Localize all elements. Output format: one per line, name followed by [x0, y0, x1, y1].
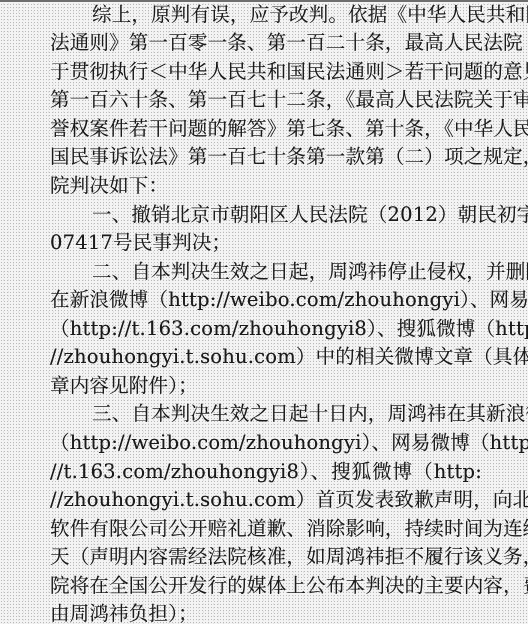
text-line: 在新浪微博（http://weibo.com/zhouhongyi）、网易微博: [50, 286, 482, 314]
text-line: //zhouhongyi.t.sohu.com）首页发表致歉声明，向北京金山: [50, 486, 482, 514]
text-line: 于贯彻执行＜中华人民共和国民法通则＞若干问题的意见》: [50, 58, 482, 86]
text-line: 二、自本判决生效之日起，周鸿祎停止侵权，并删除其: [50, 258, 482, 286]
text-line: 综上，原判有误，应予改判。依据《中华人民共和国民: [50, 1, 482, 29]
text-line: （http://weibo.com/zhouhongyi）、网易微博（http:: [50, 429, 482, 457]
text-line: 三、自本判决生效之日起十日内，周鸿祎在其新浪微博: [50, 400, 482, 428]
text-line: //t.163.com/zhouhongyi8）、搜狐微博（http:: [50, 458, 482, 486]
text-line: 一、撤销北京市朝阳区人民法院（2012）朝民初字第: [50, 201, 482, 229]
text-line: （http://t.163.com/zhouhongyi8）、搜狐微博（http…: [50, 315, 482, 343]
text-line: 章内容见附件）；: [50, 372, 482, 400]
text-line: 誉权案件若干问题的解答》第七条、第十条，《中华人民共和: [50, 115, 482, 143]
text-line: 由周鸿祎负担）；: [50, 600, 482, 624]
text-line: 软件有限公司公开赔礼道歉、消除影响，持续时间为连续七: [50, 515, 482, 543]
text-line: 07417号民事判决；: [50, 229, 482, 257]
text-line: //zhouhongyi.t.sohu.com）中的相关微博文章（具体侵权文: [50, 343, 482, 371]
text-line: 院判决如下：: [50, 172, 482, 200]
text-line: 院将在全国公开发行的媒体上公布本判决的主要内容，费用: [50, 572, 482, 600]
text-line: 天（声明内容需经法院核准，如周鸿祎拒不履行该义务，法: [50, 543, 482, 571]
text-line: 国民事诉讼法》第一百七十条第一款第（二）项之规定，本: [50, 143, 482, 171]
text-line: 法通则》第一百零一条、第一百二十条，最高人民法院《关: [50, 29, 482, 57]
text-line: 第一百六十条、第一百七十二条，《最高人民法院关于审理名: [50, 86, 482, 114]
